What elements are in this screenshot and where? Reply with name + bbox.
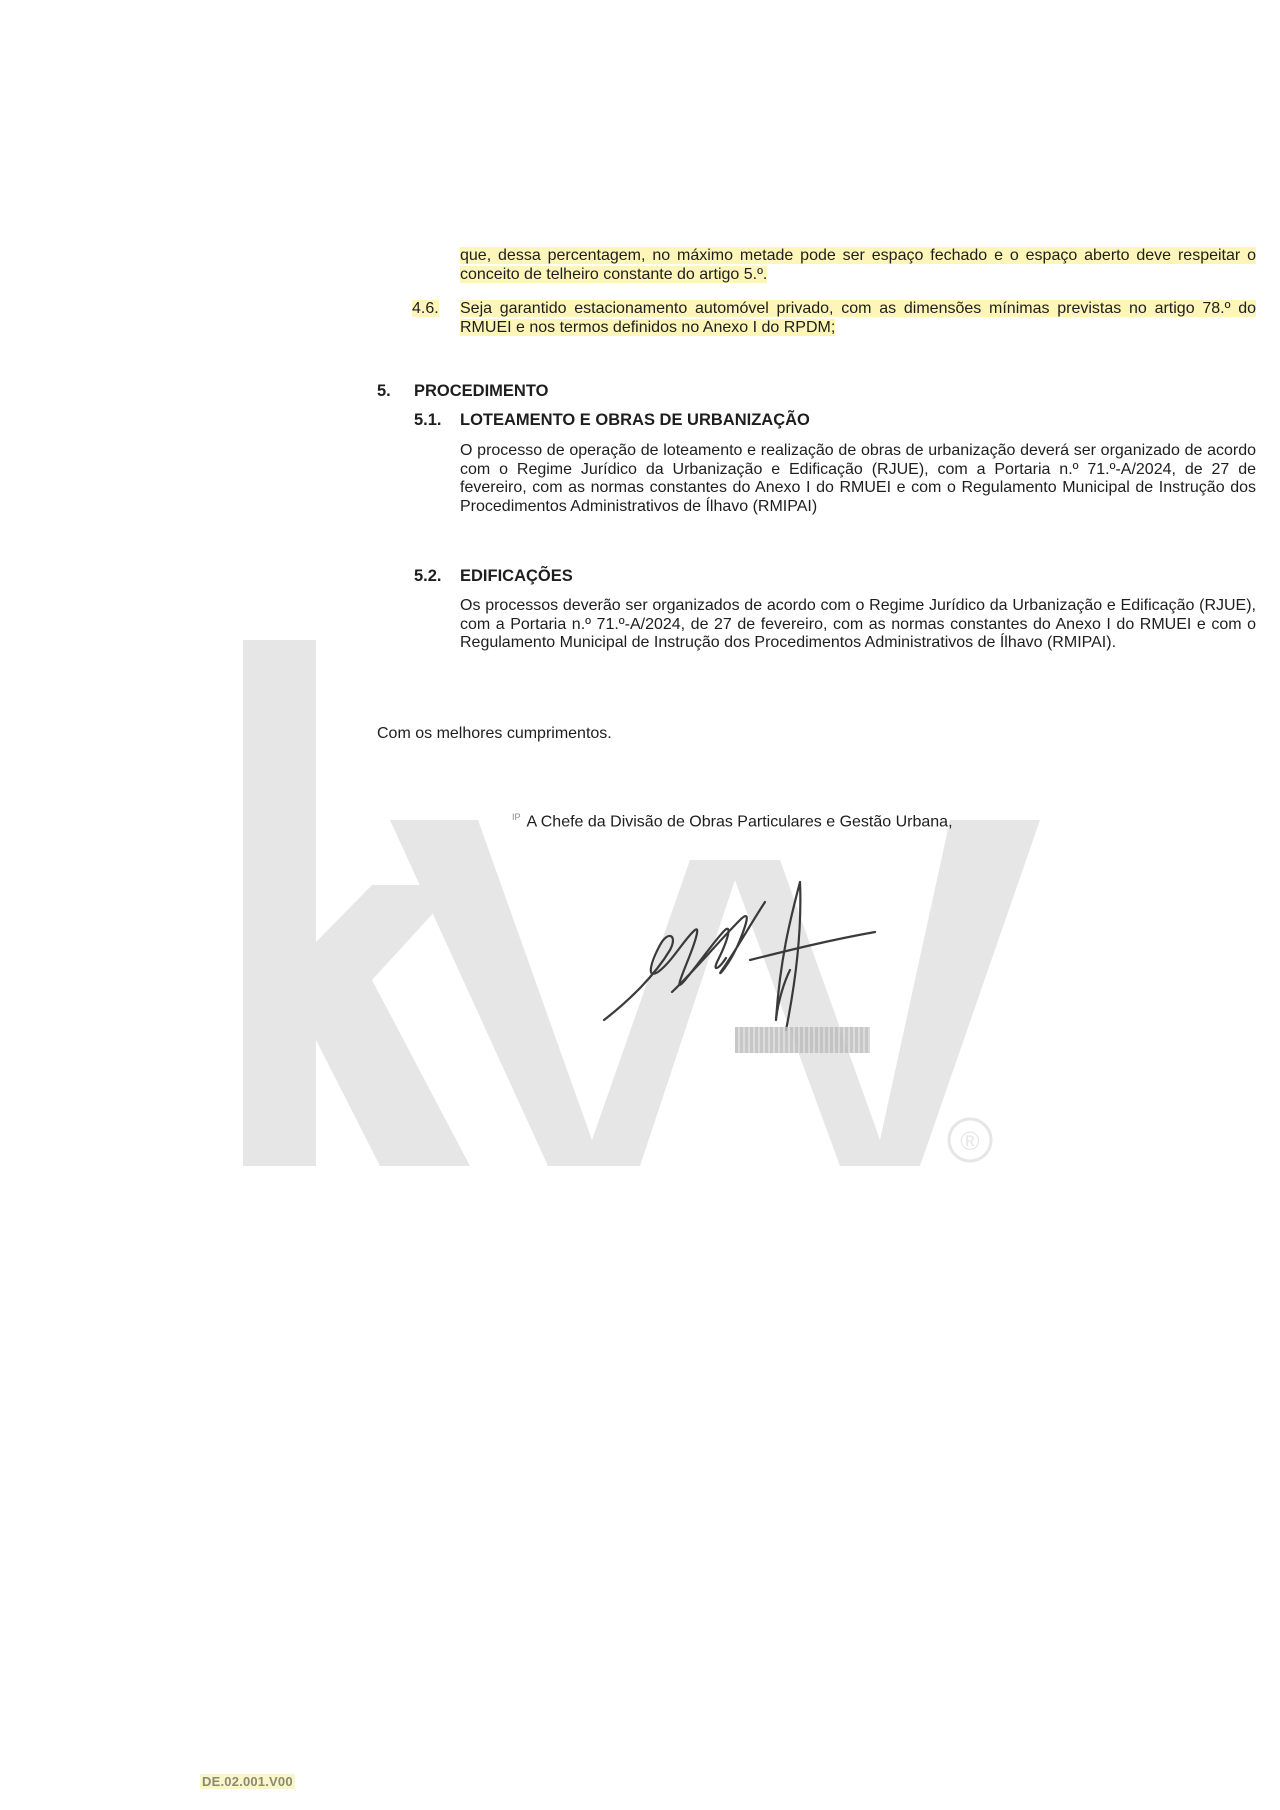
subsection-5-2-heading: 5.2.EDIFICAÇÕES [414,566,573,586]
subsection-5-1-heading: 5.1.LOTEAMENTO E OBRAS DE URBANIZAÇÃO [414,410,810,430]
signer-title: IPA Chefe da Divisão de Obras Particular… [512,812,953,831]
item-4-6-number: 4.6. [412,300,439,319]
document-code: DE.02.001.V00 [200,1774,295,1789]
document-page: que, dessa percentagem, no máximo metade… [0,0,1280,1810]
section-5-heading: 5.PROCEDIMENTO [377,381,548,401]
item-4-6-text: Seja garantido estacionamento automóvel … [460,300,1256,337]
closing-salutation: Com os melhores cumprimentos. [377,725,612,743]
highlighted-text: que, dessa percentagem, no máximo metade… [460,247,1256,283]
subsection-5-1-text: O processo de operação de loteamento e r… [460,442,1256,516]
ipp-mark: IP [512,812,521,822]
signature-stamp [735,1027,870,1053]
subsection-5-2-text: Os processos deverão ser organizados de … [460,597,1256,653]
section-4-continuation: que, dessa percentagem, no máximo metade… [460,247,1256,284]
